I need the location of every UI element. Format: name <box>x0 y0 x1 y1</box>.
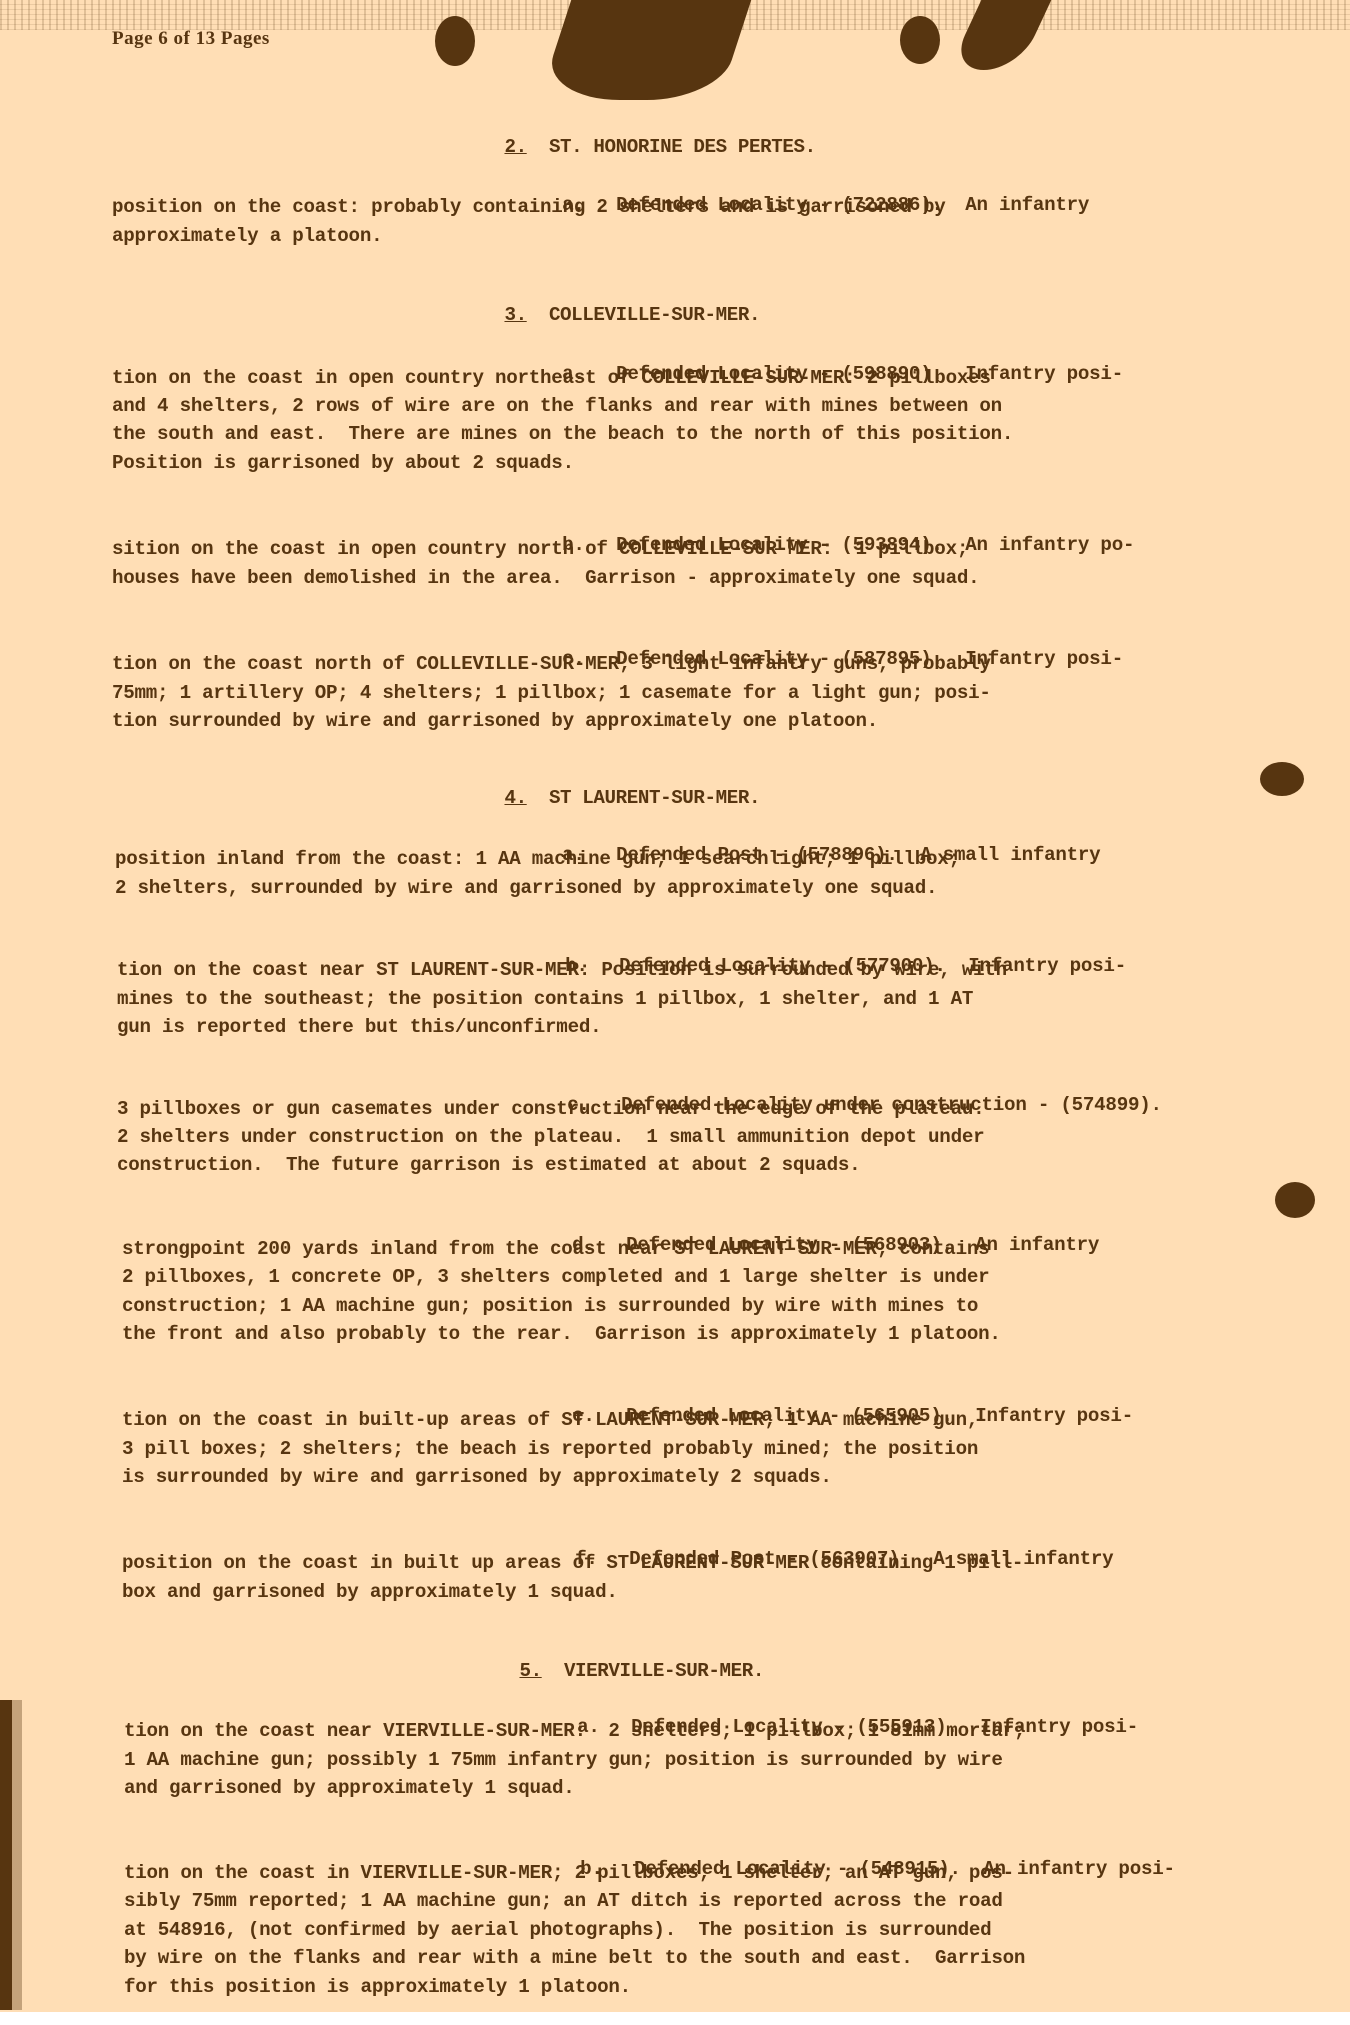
section-number: 2. <box>504 136 526 158</box>
section-heading: 3. COLLEVILLE-SUR-MER. <box>460 282 760 348</box>
body-line: tion on the coast in built-up areas of S… <box>122 1411 978 1430</box>
body-line: position inland from the coast: 1 AA mac… <box>115 850 960 869</box>
body-line: and 4 shelters, 2 rows of wire are on th… <box>112 397 1002 416</box>
body-line: the south and east. There are mines on t… <box>112 425 1013 444</box>
body-line: 1 AA machine gun; possibly 1 75mm infant… <box>124 1751 1003 1770</box>
body-line: tion on the coast in open country northe… <box>112 369 991 388</box>
body-line: 2 shelters, surrounded by wire and garri… <box>115 879 937 898</box>
section-number: 4. <box>504 787 526 809</box>
body-line: the front and also probably to the rear.… <box>122 1325 1001 1344</box>
body-line: sibly 75mm reported; 1 AA machine gun; a… <box>124 1892 1003 1911</box>
section-title: ST. HONORINE DES PERTES. <box>549 136 816 158</box>
body-line: position on the coast in built up areas … <box>122 1554 1023 1573</box>
body-line: tion on the coast north of COLLEVILLE-SU… <box>112 655 991 674</box>
body-line: strongpoint 200 yards inland from the co… <box>122 1240 989 1259</box>
ink-blot <box>539 0 751 100</box>
scan-bottom-edge <box>0 2012 1350 2025</box>
body-line: 3 pillboxes or gun casemates under const… <box>117 1100 984 1119</box>
body-line: tion on the coast in VIERVILLE-SUR-MER; … <box>124 1864 1014 1883</box>
body-line: Position is garrisoned by about 2 squads… <box>112 454 574 473</box>
body-line: by wire on the flanks and rear with a mi… <box>124 1949 1025 1968</box>
body-line: and garrisoned by approximately 1 squad. <box>124 1779 575 1798</box>
section-title: COLLEVILLE-SUR-MER. <box>549 304 760 326</box>
section-title: VIERVILLE-SUR-MER. <box>564 1660 764 1682</box>
body-line: 75mm; 1 artillery OP; 4 shelters; 1 pill… <box>112 684 991 703</box>
body-line: box and garrisoned by approximately 1 sq… <box>122 1583 618 1602</box>
body-line: at 548916, (not confirmed by aerial phot… <box>124 1921 991 1940</box>
body-line: position on the coast: probably containi… <box>112 198 946 217</box>
body-line: sition on the coast in open country nort… <box>112 540 968 559</box>
body-line: approximately a platoon. <box>112 227 382 246</box>
ink-blot <box>435 16 475 66</box>
ink-blot <box>900 16 940 64</box>
page-number-label: Page 6 of 13 Pages <box>112 28 270 50</box>
body-line: 2 pillboxes, 1 concrete OP, 3 shelters c… <box>122 1268 989 1287</box>
body-line: 3 pill boxes; 2 shelters; the beach is r… <box>122 1440 978 1459</box>
body-line: houses have been demolished in the area.… <box>112 569 979 588</box>
ink-blot <box>1275 1182 1315 1218</box>
body-line: 2 shelters under construction on the pla… <box>117 1128 984 1147</box>
section-number: 5. <box>519 1660 541 1682</box>
body-line: tion surrounded by wire and garrisoned b… <box>112 712 878 731</box>
body-line: gun is reported there but this/unconfirm… <box>117 1018 601 1037</box>
body-line: mines to the southeast; the position con… <box>117 990 973 1009</box>
section-heading: 2. ST. HONORINE DES PERTES. <box>460 114 816 180</box>
body-line: for this position is approximately 1 pla… <box>124 1978 631 1997</box>
body-line: is surrounded by wire and garrisoned by … <box>122 1468 832 1487</box>
section-number: 3. <box>504 304 526 326</box>
body-line: construction; 1 AA machine gun; position… <box>122 1297 978 1316</box>
document-page: Page 6 of 13 Pages 2. ST. HONORINE DES P… <box>0 0 1350 2025</box>
body-line: tion on the coast near ST LAURENT-SUR-ME… <box>117 961 1007 980</box>
scan-edge-shadow <box>0 1700 22 2010</box>
body-line: tion on the coast near VIERVILLE-SUR-MER… <box>124 1722 1025 1741</box>
ink-blot <box>1260 762 1304 796</box>
section-title: ST LAURENT-SUR-MER. <box>549 787 760 809</box>
body-line: construction. The future garrison is est… <box>117 1156 860 1175</box>
